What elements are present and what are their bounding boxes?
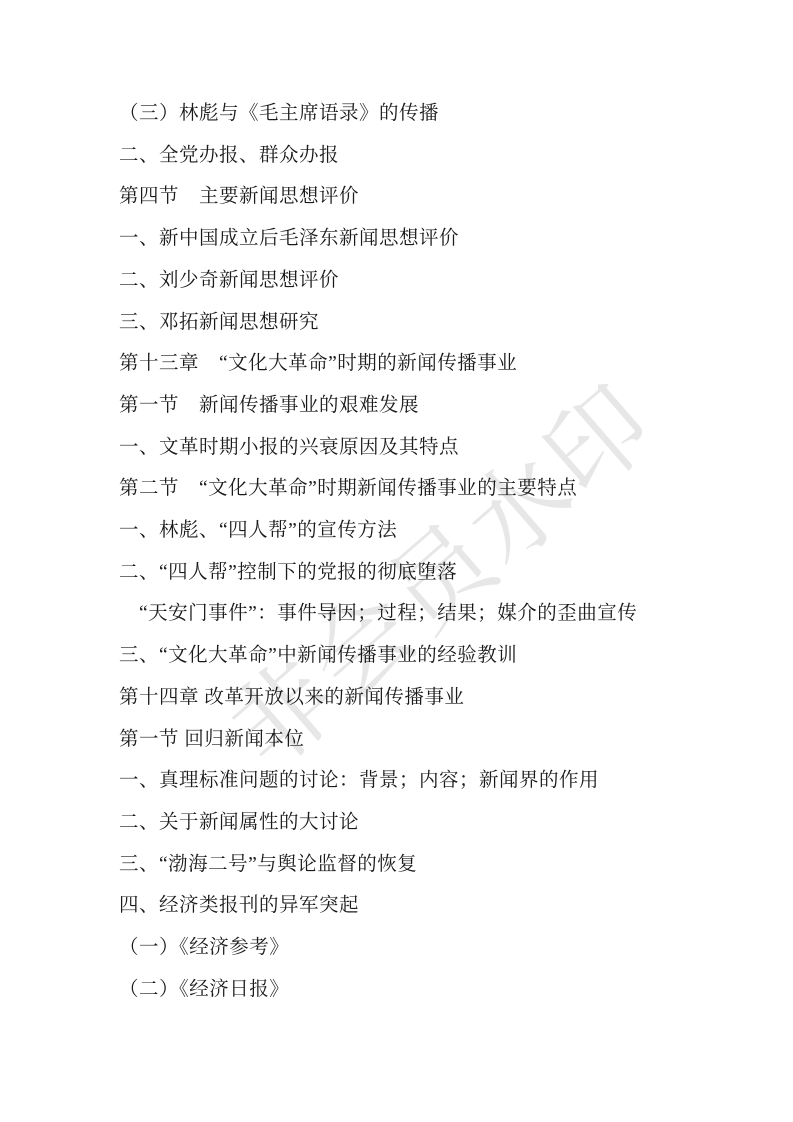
document-line: 二、刘少奇新闻思想评价 — [119, 260, 743, 302]
document-line: 第四节 主要新闻思想评价 — [119, 176, 743, 218]
document-line: 第十四章 改革开放以来的新闻传播事业 — [119, 677, 743, 719]
document-line: 第十三章 “文化大革命”时期的新闻传播事业 — [119, 343, 743, 385]
document-line: （三）林彪与《毛主席语录》的传播 — [119, 93, 743, 135]
document-line: 四、经济类报刊的异军突起 — [119, 885, 743, 927]
document-page: 非会员水印 （三）林彪与《毛主席语录》的传播二、全党办报、群众办报第四节 主要新… — [0, 0, 793, 1122]
document-line: 一、真理标准问题的讨论：背景；内容；新闻界的作用 — [119, 760, 743, 802]
document-line: “天安门事件”：事件导因；过程；结果；媒介的歪曲宣传 — [119, 593, 743, 635]
document-line: 第二节 “文化大革命”时期新闻传播事业的主要特点 — [119, 468, 743, 510]
document-line: 三、“渤海二号”与舆论监督的恢复 — [119, 844, 743, 886]
document-line: 二、关于新闻属性的大讨论 — [119, 802, 743, 844]
document-line: 第一节 新闻传播事业的艰难发展 — [119, 385, 743, 427]
document-content: （三）林彪与《毛主席语录》的传播二、全党办报、群众办报第四节 主要新闻思想评价一… — [0, 0, 793, 1010]
document-line: 第一节 回归新闻本位 — [119, 719, 743, 761]
document-line: 二、全党办报、群众办报 — [119, 135, 743, 177]
document-line: 三、“文化大革命”中新闻传播事业的经验教训 — [119, 635, 743, 677]
document-line: 一、新中国成立后毛泽东新闻思想评价 — [119, 218, 743, 260]
document-line: （二）《经济日报》 — [119, 969, 743, 1011]
document-line: 一、文革时期小报的兴衰原因及其特点 — [119, 427, 743, 469]
document-line: 三、邓拓新闻思想研究 — [119, 302, 743, 344]
document-line: （一）《经济参考》 — [119, 927, 743, 969]
document-line: 一、林彪、“四人帮”的宣传方法 — [119, 510, 743, 552]
document-line: 二、“四人帮”控制下的党报的彻底堕落 — [119, 552, 743, 594]
